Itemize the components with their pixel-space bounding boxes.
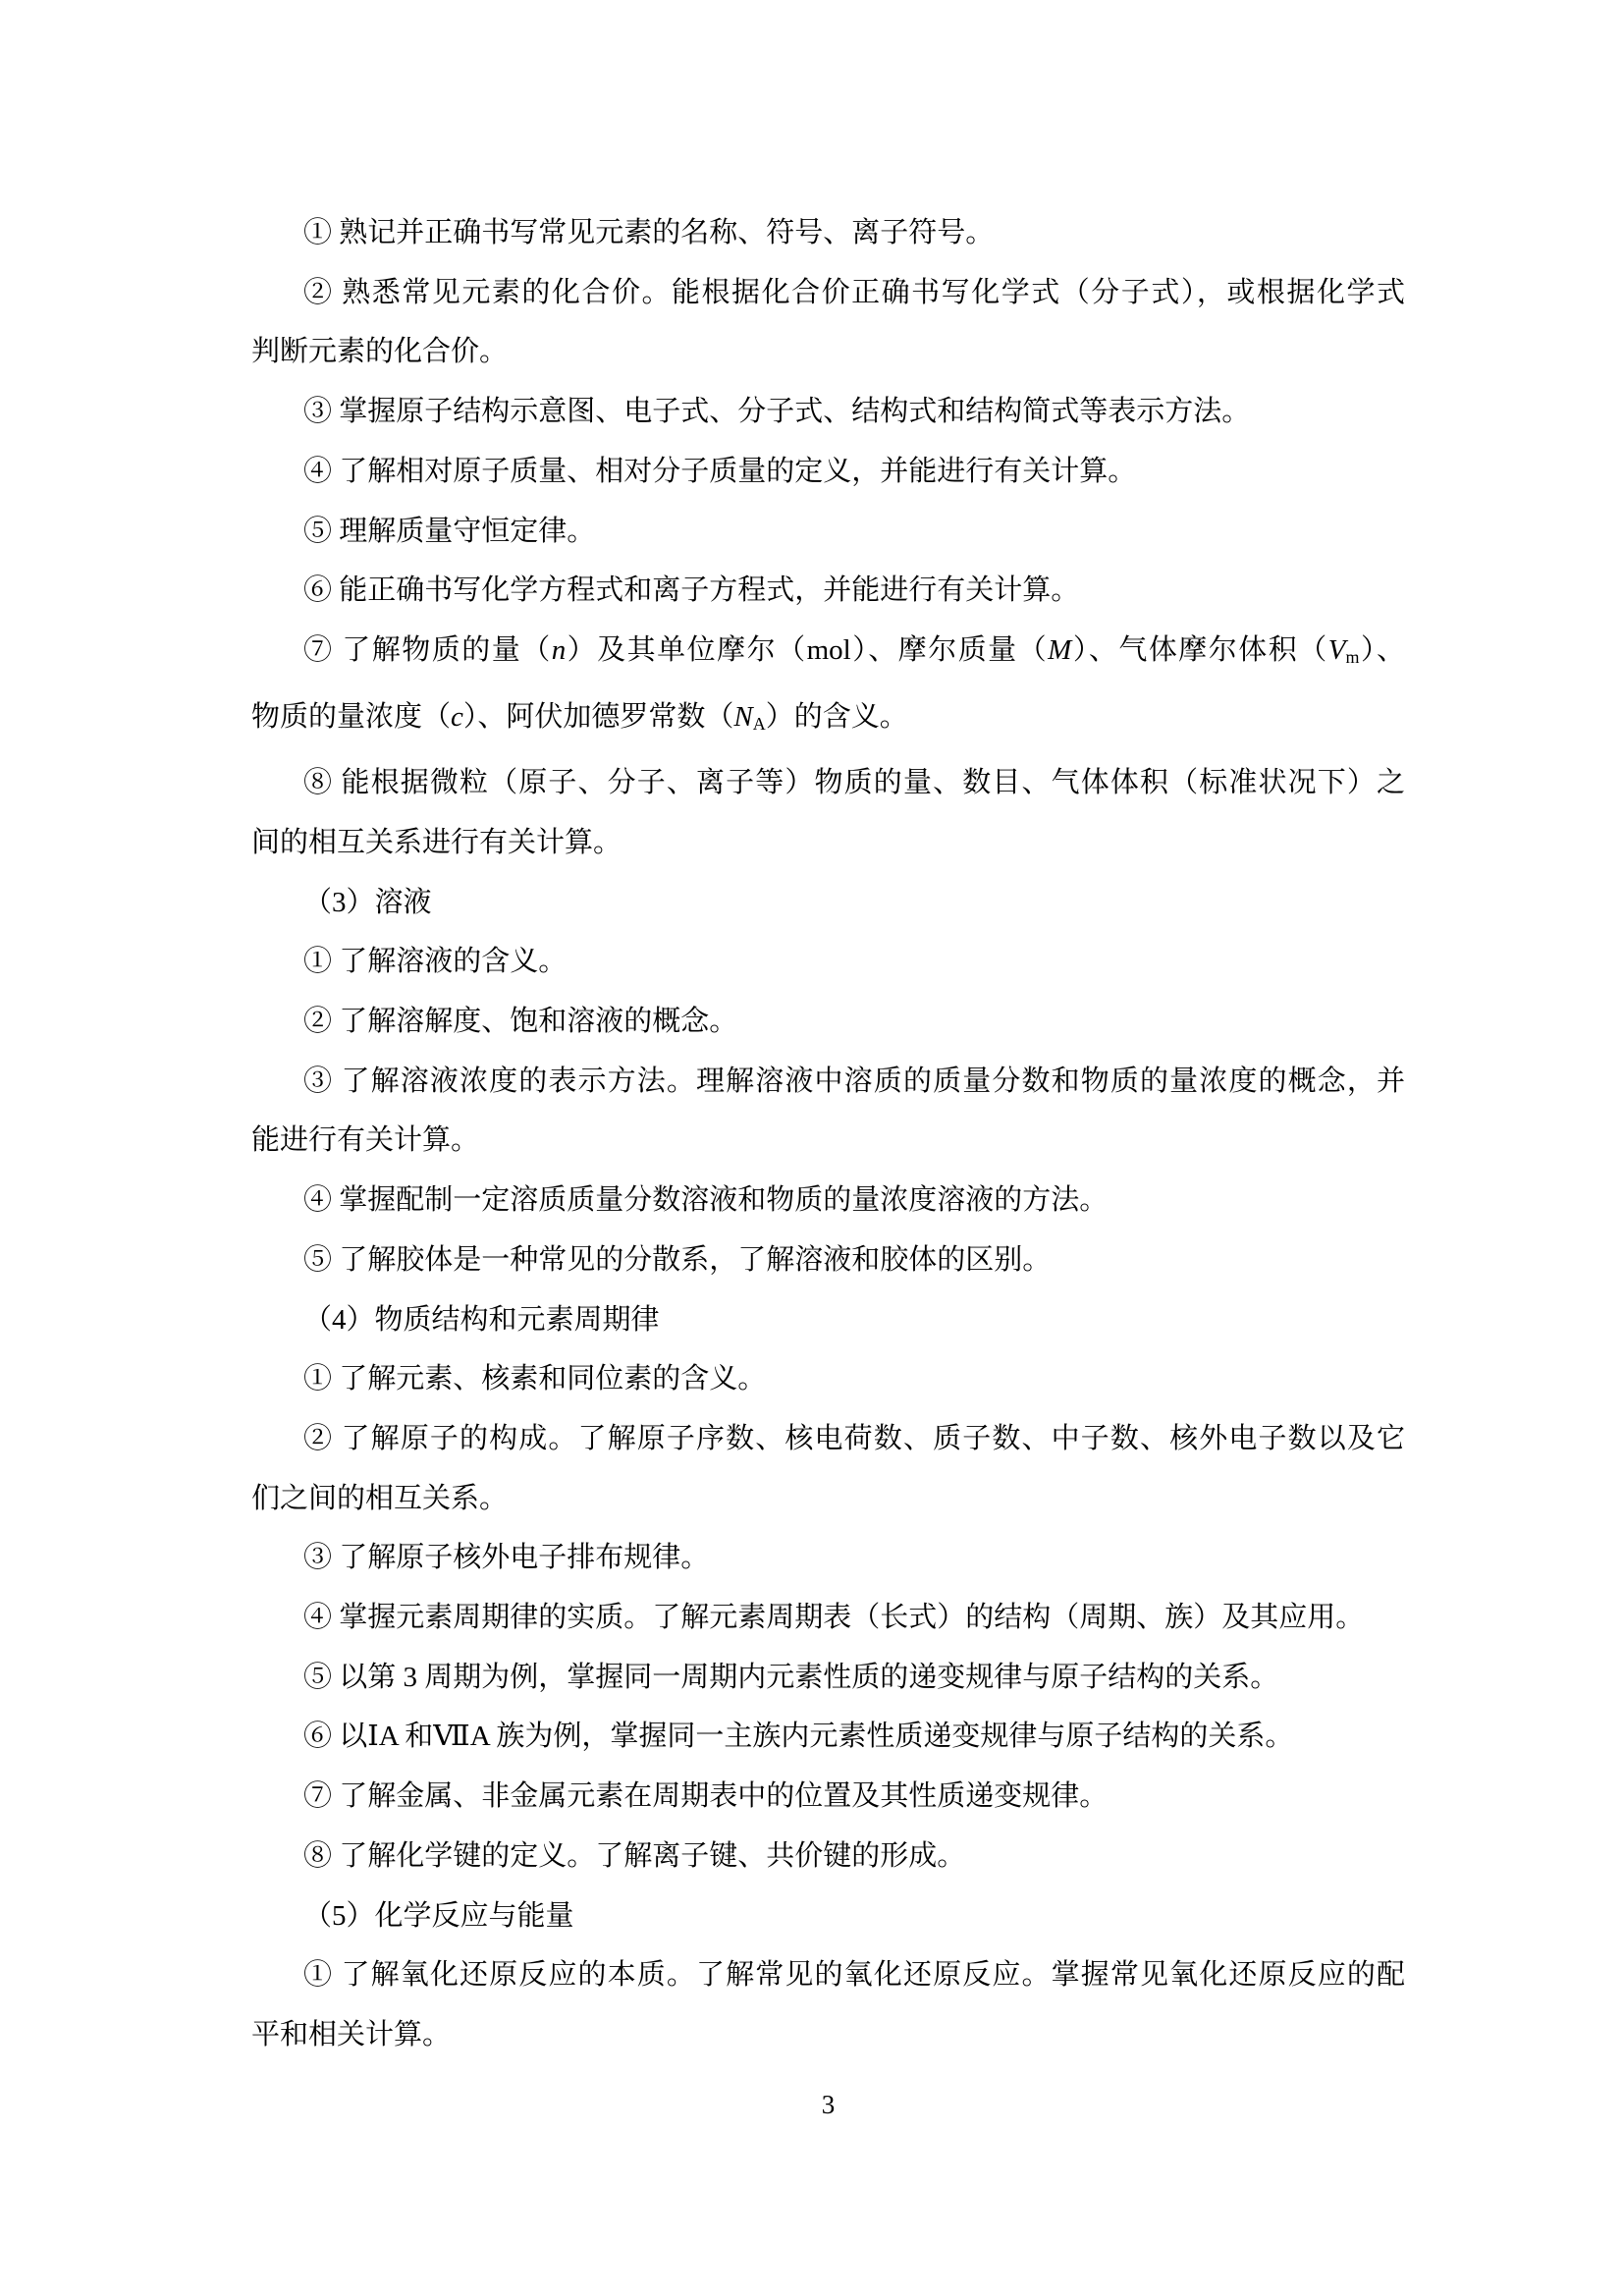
list-item: ⑦ 了解金属、非金属元素在周期表中的位置及其性质递变规律。: [251, 1767, 1405, 1827]
list-item: ⑦ 了解物质的量（n）及其单位摩尔（mol）、摩尔质量（M）、气体摩尔体积（Vm…: [251, 621, 1405, 687]
text-run: ⑤ 理解质量守恒定律。: [303, 516, 595, 547]
text-run: ① 了解氧化还原反应的本质。了解常见的氧化还原反应。掌握常见氧化还原反应的配: [303, 1959, 1405, 1991]
text-run: ）及其单位摩尔（mol）、摩尔质量（: [566, 634, 1048, 666]
text-run: ② 了解溶解度、饱和溶液的概念。: [303, 1006, 737, 1037]
text-run: ⑦ 了解物质的量（: [303, 634, 552, 666]
variable-symbol: M: [1048, 634, 1071, 666]
list-item: ⑧ 能根据微粒（原子、分子、离子等）物质的量、数目、气体体积（标准状况下）之: [251, 753, 1405, 813]
text-run: 平和相关计算。: [251, 2019, 451, 2050]
variable-symbol: V: [1328, 634, 1346, 666]
section-heading: （5）化学反应与能量: [251, 1886, 1405, 1946]
list-item: ② 熟悉常见元素的化合价。能根据化合价正确书写化学式（分子式），或根据化学式: [251, 263, 1405, 323]
text-run: （4）物质结构和元素周期律: [303, 1304, 660, 1336]
list-item: ⑤ 理解质量守恒定律。: [251, 502, 1405, 562]
text-run: ）的含义。: [766, 701, 908, 733]
text-run: ① 熟记并正确书写常见元素的名称、符号、离子符号。: [303, 217, 994, 248]
text-run: ① 了解元素、核素和同位素的含义。: [303, 1363, 766, 1394]
continuation-line: 能进行有关计算。: [251, 1111, 1405, 1171]
text-run: ④ 了解相对原子质量、相对分子质量的定义，并能进行有关计算。: [303, 456, 1136, 487]
page-number: 3: [822, 2090, 836, 2119]
text-run: （3）溶液: [303, 887, 432, 918]
variable-symbol: c: [451, 701, 463, 733]
list-item: ④ 掌握配制一定溶质质量分数溶液和物质的量浓度溶液的方法。: [251, 1171, 1405, 1230]
text-run: 间的相互关系进行有关计算。: [251, 827, 622, 858]
list-item: ② 了解溶解度、饱和溶液的概念。: [251, 992, 1405, 1052]
text-run: 们之间的相互关系。: [251, 1483, 508, 1514]
text-run: ⑥ 能正确书写化学方程式和离子方程式，并能进行有关计算。: [303, 574, 1079, 606]
text-run: 判断元素的化合价。: [251, 336, 508, 367]
list-item: ④ 掌握元素周期律的实质。了解元素周期表（长式）的结构（周期、族）及其应用。: [251, 1588, 1405, 1648]
subscript-symbol: m: [1346, 647, 1360, 667]
list-item: ① 熟记并正确书写常见元素的名称、符号、离子符号。: [251, 203, 1405, 263]
variable-symbol: n: [552, 634, 567, 666]
text-run: ⑦ 了解金属、非金属元素在周期表中的位置及其性质递变规律。: [303, 1780, 1108, 1812]
text-run: ）、气体摩尔体积（: [1071, 634, 1327, 666]
page-footer: 3: [251, 2088, 1405, 2121]
text-run: ① 了解溶液的含义。: [303, 946, 567, 977]
text-run: ③ 掌握原子结构示意图、电子式、分子式、结构式和结构简式等表示方法。: [303, 396, 1250, 427]
continuation-line: 物质的量浓度（c）、阿伏加德罗常数（NA）的含义。: [251, 687, 1405, 754]
list-item: ⑥ 能正确书写化学方程式和离子方程式，并能进行有关计算。: [251, 561, 1405, 621]
text-run: ⑧ 能根据微粒（原子、分子、离子等）物质的量、数目、气体体积（标准状况下）之: [303, 767, 1405, 798]
text-run: ）、阿伏加德罗常数（: [463, 701, 734, 733]
list-item: ⑥ 以ⅠA 和ⅦA 族为例，掌握同一主族内元素性质递变规律与原子结构的关系。: [251, 1707, 1405, 1767]
list-item: ⑧ 了解化学键的定义。了解离子键、共价键的形成。: [251, 1827, 1405, 1886]
list-item: ① 了解元素、核素和同位素的含义。: [251, 1349, 1405, 1409]
text-run: ⑤ 以第 3 周期为例，掌握同一周期内元素性质的递变规律与原子结构的关系。: [303, 1662, 1278, 1693]
text-run: ② 了解原子的构成。了解原子序数、核电荷数、质子数、中子数、核外电子数以及它: [303, 1423, 1405, 1454]
text-run: （5）化学反应与能量: [303, 1900, 574, 1932]
list-item: ③ 了解原子核外电子排布规律。: [251, 1528, 1405, 1588]
text-run: ④ 掌握配制一定溶质质量分数溶液和物质的量浓度溶液的方法。: [303, 1184, 1108, 1216]
subscript-symbol: A: [753, 714, 766, 734]
list-item: ③ 掌握原子结构示意图、电子式、分子式、结构式和结构简式等表示方法。: [251, 382, 1405, 442]
document-page: ① 熟记并正确书写常见元素的名称、符号、离子符号。② 熟悉常见元素的化合价。能根…: [0, 0, 1623, 2296]
text-run: ④ 掌握元素周期律的实质。了解元素周期表（长式）的结构（周期、族）及其应用。: [303, 1602, 1364, 1633]
text-run: ⑤ 了解胶体是一种常见的分散系，了解溶液和胶体的区别。: [303, 1244, 1051, 1276]
variable-symbol: N: [733, 701, 752, 733]
section-heading: （4）物质结构和元素周期律: [251, 1290, 1405, 1350]
list-item: ② 了解原子的构成。了解原子序数、核电荷数、质子数、中子数、核外电子数以及它: [251, 1409, 1405, 1469]
text-run: ⑥ 以ⅠA 和ⅦA 族为例，掌握同一主族内元素性质递变规律与原子结构的关系。: [303, 1721, 1293, 1752]
continuation-line: 们之间的相互关系。: [251, 1469, 1405, 1529]
continuation-line: 间的相互关系进行有关计算。: [251, 813, 1405, 873]
list-item: ① 了解溶液的含义。: [251, 932, 1405, 992]
list-item: ⑤ 了解胶体是一种常见的分散系，了解溶液和胶体的区别。: [251, 1230, 1405, 1290]
list-item: ① 了解氧化还原反应的本质。了解常见的氧化还原反应。掌握常见氧化还原反应的配: [251, 1945, 1405, 2005]
text-run: ⑧ 了解化学键的定义。了解离子键、共价键的形成。: [303, 1840, 965, 1872]
text-run: 物质的量浓度（: [251, 701, 451, 733]
text-run: ③ 了解溶液浓度的表示方法。理解溶液中溶质的质量分数和物质的量浓度的概念，并: [303, 1066, 1405, 1097]
continuation-line: 平和相关计算。: [251, 2005, 1405, 2065]
section-heading: （3）溶液: [251, 873, 1405, 933]
list-item: ④ 了解相对原子质量、相对分子质量的定义，并能进行有关计算。: [251, 442, 1405, 502]
text-run: ③ 了解原子核外电子排布规律。: [303, 1542, 709, 1573]
text-run: ② 熟悉常见元素的化合价。能根据化合价正确书写化学式（分子式），或根据化学式: [303, 277, 1405, 308]
text-run: 能进行有关计算。: [251, 1124, 479, 1156]
list-item: ③ 了解溶液浓度的表示方法。理解溶液中溶质的质量分数和物质的量浓度的概念，并: [251, 1052, 1405, 1112]
text-run: ）、: [1359, 634, 1405, 666]
list-item: ⑤ 以第 3 周期为例，掌握同一周期内元素性质的递变规律与原子结构的关系。: [251, 1648, 1405, 1708]
document-body: ① 熟记并正确书写常见元素的名称、符号、离子符号。② 熟悉常见元素的化合价。能根…: [251, 203, 1405, 2065]
continuation-line: 判断元素的化合价。: [251, 322, 1405, 382]
